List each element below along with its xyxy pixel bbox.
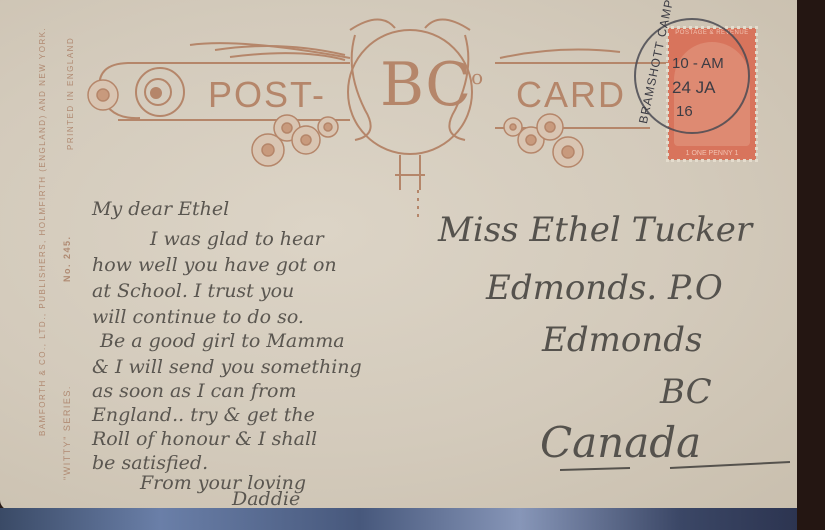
message-signature: Daddie bbox=[232, 488, 300, 510]
publisher-line: BAMFORTH & CO., LTD., PUBLISHERS, HOLMFI… bbox=[38, 27, 47, 436]
monogram-letters: BC bbox=[380, 50, 471, 120]
message-line: at School. I trust you bbox=[92, 280, 294, 302]
publisher-monogram: BCo bbox=[380, 50, 483, 120]
message-line: will continue to do so. bbox=[92, 306, 304, 328]
monogram-suffix: o bbox=[471, 65, 483, 89]
postmark-year: 16 bbox=[676, 104, 693, 120]
message-line: England.. try & get the bbox=[92, 404, 315, 426]
postcard: POST- CARD BCo PRINTED IN ENGLAND BAMFOR… bbox=[0, 0, 797, 510]
address-line: Miss Ethel Tucker bbox=[438, 210, 752, 250]
message-line: be satisfied. bbox=[92, 452, 208, 474]
message-line: I was glad to hear bbox=[150, 228, 324, 250]
post-title: POST- bbox=[208, 74, 326, 116]
background-edge bbox=[797, 0, 825, 530]
postmark-time: 10 - AM bbox=[672, 56, 724, 72]
card-title: CARD bbox=[516, 74, 626, 116]
address-line: Edmonds. P.O bbox=[486, 268, 723, 308]
message-line: how well you have got on bbox=[92, 254, 337, 276]
printed-in-england: PRINTED IN ENGLAND bbox=[66, 37, 75, 150]
stamp-numeral-right: 1 bbox=[735, 150, 739, 157]
message-line: Roll of honour & I shall bbox=[92, 428, 317, 450]
series-name: "WITTY" SERIES. bbox=[62, 385, 72, 480]
stamp-value-text: ONE PENNY bbox=[691, 150, 732, 157]
background-surface bbox=[0, 508, 800, 530]
message-line: as soon as I can from bbox=[92, 380, 297, 402]
postmark-date: 24 JA bbox=[672, 80, 715, 96]
stamp-numeral-left: 1 bbox=[686, 150, 690, 157]
message-line: & I will send you something bbox=[92, 356, 362, 378]
underline-stroke-icon bbox=[560, 460, 800, 476]
stamp-value: 1 ONE PENNY 1 bbox=[672, 150, 752, 157]
address-line: BC bbox=[660, 372, 712, 412]
message-line: My dear Ethel bbox=[92, 198, 229, 220]
message-line: Be a good girl to Mamma bbox=[100, 330, 345, 352]
card-number: No. 245. bbox=[62, 235, 72, 282]
address-line: Edmonds bbox=[542, 320, 702, 360]
